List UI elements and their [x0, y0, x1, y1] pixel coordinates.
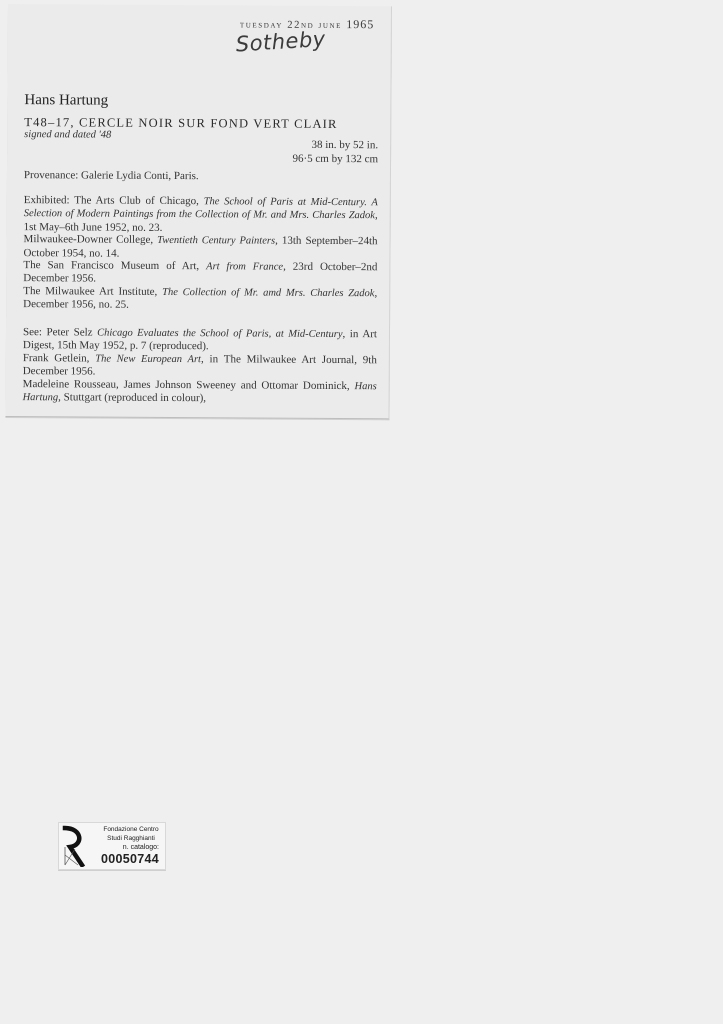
dimensions: 38 in. by 52 in. 96·5 cm by 132 cm [292, 138, 378, 167]
artist-name: Hans Hartung [24, 92, 108, 110]
exhibition-entry: The San Francisco Museum of Art, Art fro… [23, 259, 377, 287]
handwritten-note: Sotheby [235, 27, 326, 57]
catalogue-label: n. catalogo: [101, 843, 159, 852]
sale-year: 1965 [346, 17, 374, 31]
catalogue-number: 00050744 [101, 852, 159, 866]
literature-entry: See: Peter Selz Chicago Evaluates the Sc… [23, 326, 377, 354]
institution-name-line2: Studi Ragghianti [101, 835, 161, 844]
dimensions-cm: 96·5 cm by 132 cm [292, 152, 378, 167]
literature-entry: Madeleine Rousseau, James Johnson Sweene… [23, 378, 377, 407]
stamp-text: Fondazione Centro Studi Ragghianti n. ca… [101, 826, 159, 866]
literature-references: See: Peter Selz Chicago Evaluates the Sc… [23, 326, 377, 407]
auction-catalogue-clipping: Tuesday 22nd June 1965 Sotheby Hans Hart… [5, 4, 392, 419]
provenance: Provenance: Galerie Lydia Conti, Paris. [24, 169, 199, 182]
literature-entry: Frank Getlein, The New European Art, in … [23, 352, 377, 380]
exhibition-entry: Milwaukee-Downer College, Twentieth Cent… [23, 233, 377, 261]
exhibition-entry: Exhibited: The Arts Club of Chicago, The… [24, 194, 378, 235]
institution-name-line1: Fondazione Centro [101, 826, 161, 835]
signature-note: signed and dated '48 [24, 129, 111, 141]
ragghianti-logo-icon [62, 825, 86, 867]
exhibition-entry: The Milwaukee Art Institute, The Collect… [23, 285, 377, 313]
archive-catalogue-stamp: Fondazione Centro Studi Ragghianti n. ca… [58, 822, 166, 870]
exhibition-history: Exhibited: The Arts Club of Chicago, The… [23, 194, 378, 313]
dimensions-inches: 38 in. by 52 in. [293, 138, 379, 153]
